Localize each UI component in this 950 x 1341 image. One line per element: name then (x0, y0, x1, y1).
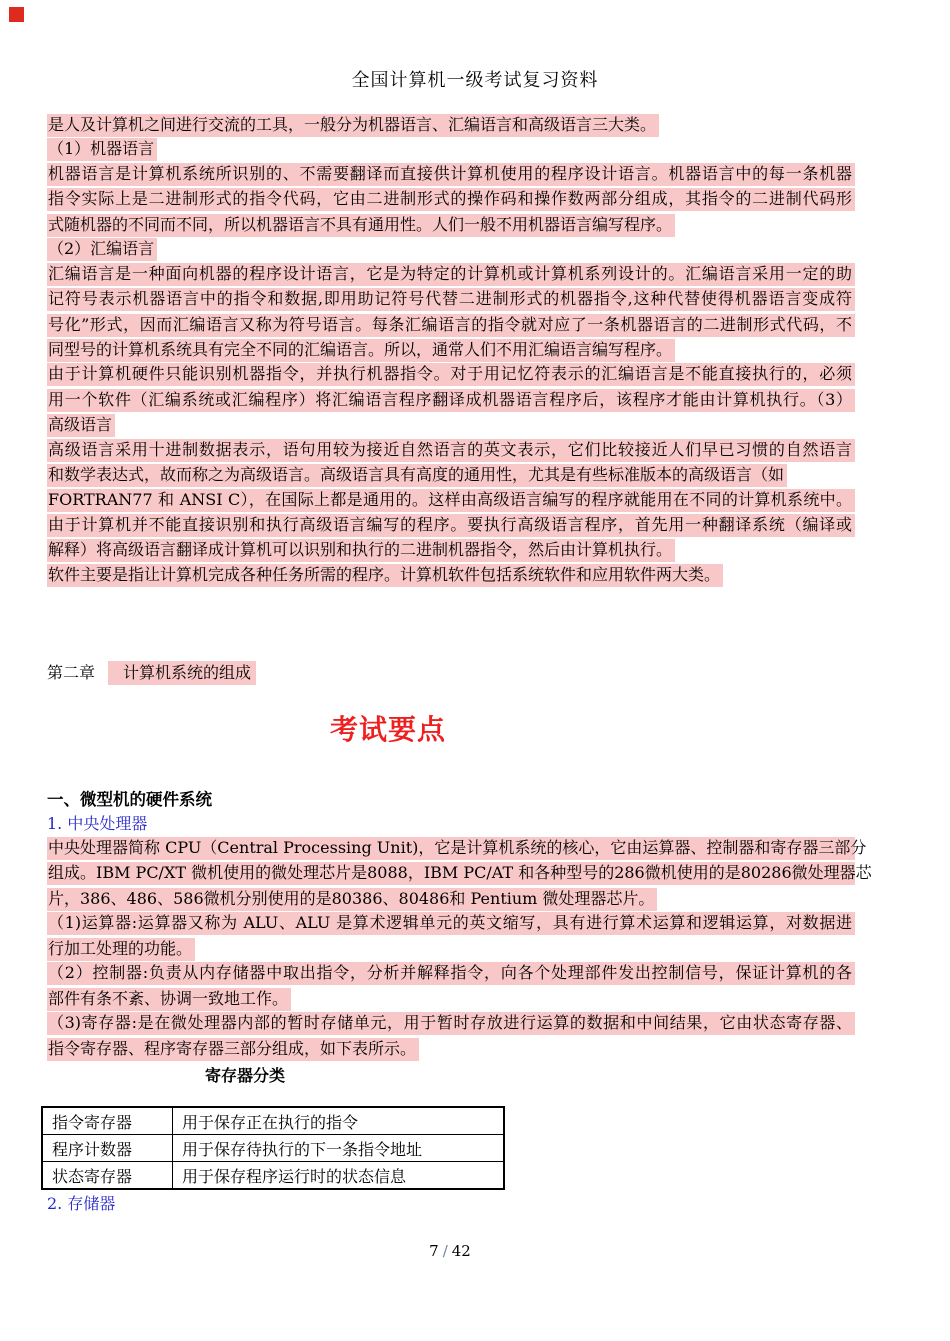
document-line: （2）汇编语言 (47, 237, 857, 261)
subsection-cpu: 1. 中央处理器 (47, 811, 147, 834)
table-caption: 寄存器分类 (205, 1063, 285, 1086)
register-table: 指令寄存器 用于保存正在执行的指令 程序计数器 用于保存待执行的下一条指令地址 … (41, 1106, 505, 1190)
document-line: 组成。IBM PC/XT 微机使用的微处理芯片是8088，IBM PC/AT 和… (47, 862, 857, 886)
document-line: 行加工处理的功能。 (47, 937, 857, 961)
table-cell: 程序计数器 (42, 1135, 173, 1162)
document-line: 是人及计算机之间进行交流的工具，一般分为机器语言、汇编语言和高级语言三大类。 (47, 113, 857, 137)
document-line: 指令寄存器、程序寄存器三部分组成，如下表所示。 (47, 1037, 857, 1061)
document-line: （1)运算器:运算器又称为 ALU、ALU 是算术逻辑单元的英文缩写，具有进行算… (47, 912, 857, 936)
chapter-heading: 第二章计算机系统的组成 (47, 661, 256, 685)
document-line: 机器语言是计算机系统所识别的、不需要翻译而直接供计算机使用的程序设计语言。机器语… (47, 163, 857, 187)
document-line: 高级语言 (47, 413, 857, 437)
document-line: 由于计算机硬件只能识别机器指令，并执行机器指令。对于用记忆符表示的汇编语言是不能… (47, 363, 857, 387)
chapter-number: 第二章 (47, 661, 95, 684)
document-line: 汇编语言是一种面向机器的程序设计语言，它是为特定的计算机或计算机系列设计的。汇编… (47, 263, 857, 287)
table-row: 程序计数器 用于保存待执行的下一条指令地址 (42, 1135, 504, 1162)
document-line: （1）机器语言 (47, 137, 857, 161)
page-current: 7 (429, 1242, 439, 1260)
document-line: 部件有条不紊、协调一致地工作。 (47, 987, 857, 1011)
document-line: 同型号的计算机系统具有完全不同的汇编语言。所以，通常人们不用汇编语言编写程序。 (47, 338, 857, 362)
document-line: 指令实际上是二进制形式的指令代码，它由二进制形式的操作码和操作数两部分组成，其指… (47, 188, 857, 212)
page-separator: / (439, 1242, 452, 1260)
document-line: 用一个软件（汇编系统或汇编程序）将汇编语言程序翻译成机器语言程序后，该程序才能由… (47, 389, 857, 413)
table-cell: 状态寄存器 (42, 1162, 173, 1190)
page-number: 7/42 (0, 1242, 950, 1260)
document-line: 软件主要是指让计算机完成各种任务所需的程序。计算机软件包括系统软件和应用软件两大… (47, 563, 857, 587)
subsection-memory: 2. 存储器 (47, 1191, 115, 1214)
document-title: 全国计算机一级考试复习资料 (0, 66, 950, 92)
document-line: 记符号表示机器语言中的指令和数据,即用助记符号代替二进制形式的机器指令,这种代替… (47, 288, 857, 312)
document-line: 和数学表达式，故而称之为高级语言。高级语言具有高度的通用性，尤其是有些标准版本的… (47, 463, 857, 487)
cpu-paragraphs: 中央处理器简称 CPU（Central Processing Unit)，它是计… (47, 836, 857, 1061)
chapter-title: 计算机系统的组成 (108, 661, 256, 685)
document-line: 解释）将高级语言翻译成计算机可以识别和执行的二进制机器指令，然后由计算机执行。 (47, 538, 857, 562)
table-row: 指令寄存器 用于保存正在执行的指令 (42, 1107, 504, 1135)
red-corner-mark-icon (9, 7, 24, 22)
table-cell: 用于保存程序运行时的状态信息 (173, 1162, 505, 1190)
document-line: 式随机器的不同而不同，所以机器语言不具有通用性。人们一般不用机器语言编写程序。 (47, 213, 857, 237)
document-line: （3)寄存器:是在微处理器内部的暂时存储单元，用于暂时存放进行运算的数据和中间结… (47, 1012, 857, 1036)
exam-points-heading: 考试要点 (330, 708, 446, 748)
table-cell: 用于保存待执行的下一条指令地址 (173, 1135, 505, 1162)
intro-paragraphs: 是人及计算机之间进行交流的工具，一般分为机器语言、汇编语言和高级语言三大类。 （… (47, 113, 857, 587)
table-row: 状态寄存器 用于保存程序运行时的状态信息 (42, 1162, 504, 1190)
table-cell: 指令寄存器 (42, 1107, 173, 1135)
document-line: 片，386、486、586微机分别使用的是80386、80486和 Pentiu… (47, 887, 857, 911)
document-line: 高级语言采用十进制数据表示，语句用较为接近自然语言的英文表示，它们比较接近人们早… (47, 439, 857, 463)
table-cell: 用于保存正在执行的指令 (173, 1107, 505, 1135)
document-line: 中央处理器简称 CPU（Central Processing Unit)，它是计… (47, 837, 857, 861)
document-line: 号化”形式，因而汇编语言又称为符号语言。每条汇编语言的指令就对应了一条机器语言的… (47, 314, 857, 338)
document-line: （2）控制器:负责从内存储器中取出指令，分析并解释指令，向各个处理部件发出控制信… (47, 962, 857, 986)
section-heading-hardware: 一、微型机的硬件系统 (47, 786, 212, 810)
document-line: FORTRAN77 和 ANSI C），在国际上都是通用的。这样由高级语言编写的… (47, 489, 857, 513)
page-total: 42 (452, 1242, 471, 1260)
document-line: 由于计算机并不能直接识别和执行高级语言编写的程序。要执行高级语言程序，首先用一种… (47, 514, 857, 538)
